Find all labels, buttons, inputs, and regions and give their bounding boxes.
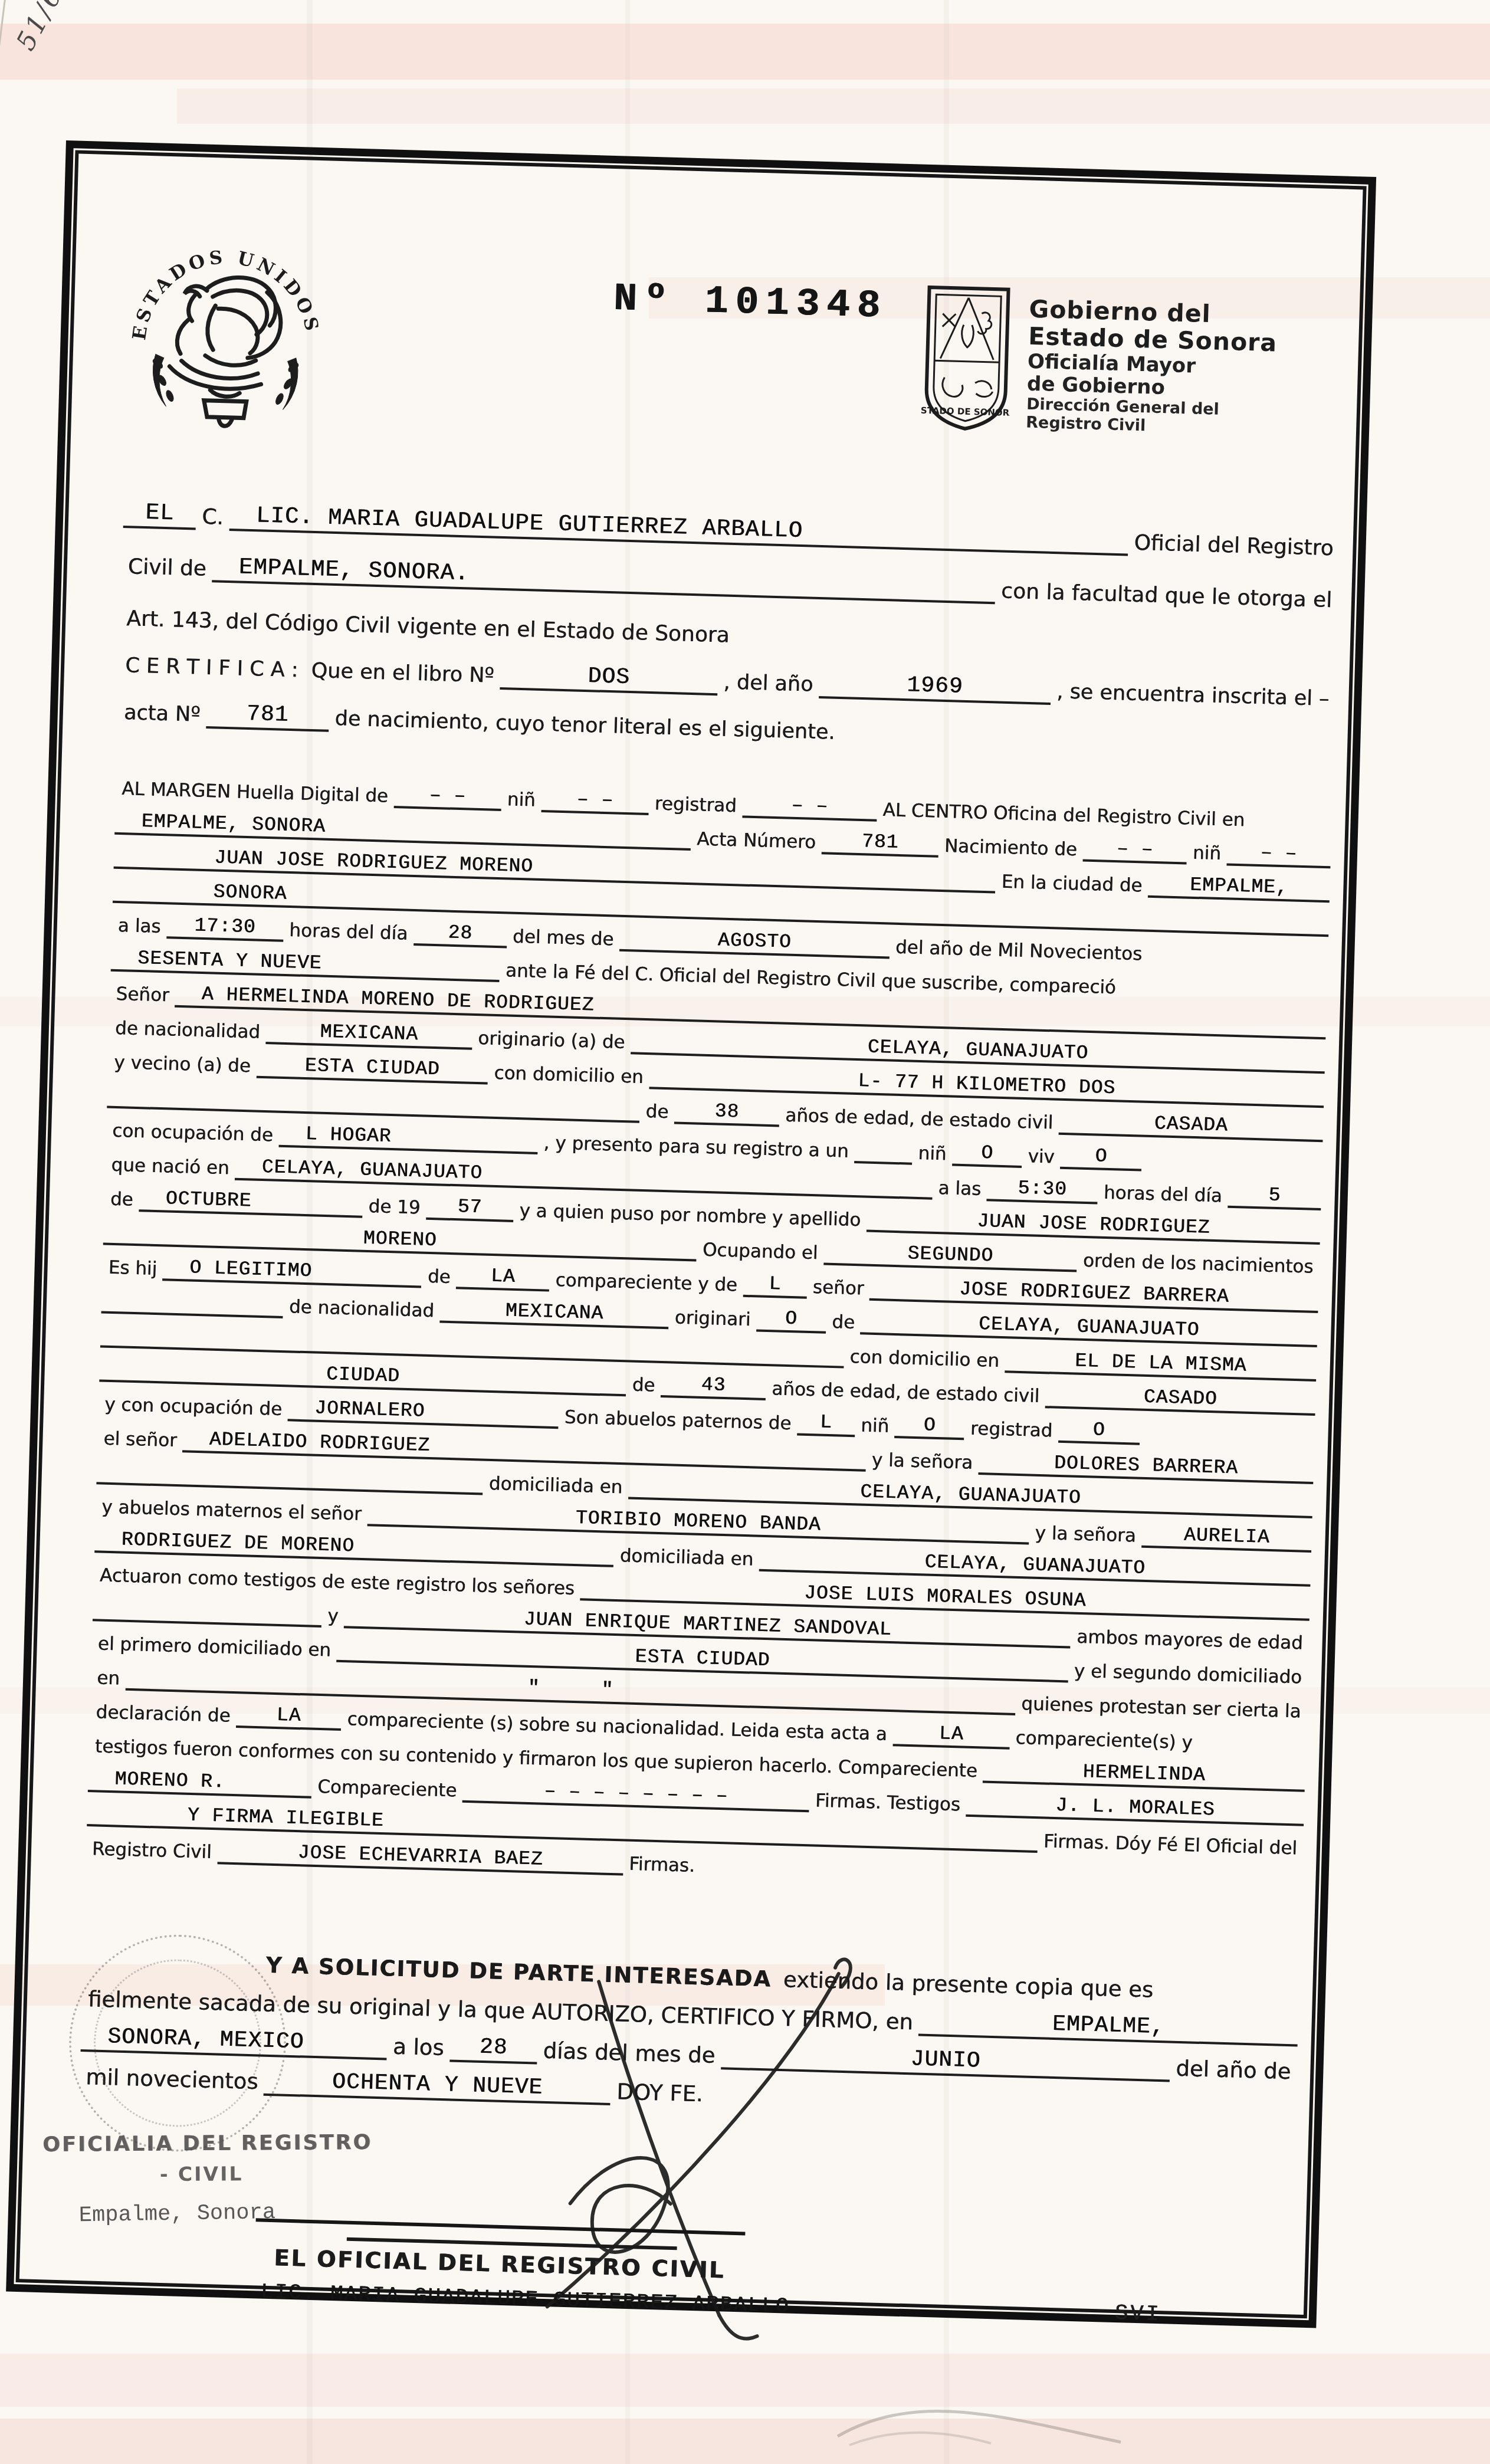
printed-text: de nacimiento, cuyo tenor literal es el …: [334, 706, 835, 746]
typed-entry: 38: [674, 1100, 780, 1127]
printed-text: el señor: [103, 1428, 177, 1452]
printed-text: en: [97, 1667, 120, 1691]
typed-entry: 43: [661, 1373, 766, 1400]
printed-text: registrad: [970, 1418, 1053, 1443]
printed-text: de: [832, 1311, 855, 1334]
typed-entry: O: [1060, 1144, 1142, 1172]
printed-text: y la señora: [871, 1449, 973, 1475]
office-stamp-line: Empalme, Sonora: [79, 2200, 276, 2228]
typed-entry: O: [756, 1307, 826, 1334]
printed-text: Compareciente: [317, 1776, 457, 1802]
printed-text: niñ: [1192, 842, 1221, 865]
printed-text: Firmas.: [629, 1853, 695, 1878]
typed-entry: – –: [1082, 837, 1187, 865]
printed-text: señor: [812, 1276, 864, 1300]
printed-text: , del año: [723, 670, 813, 698]
printed-text: del año de: [1176, 2055, 1291, 2086]
printed-text: registrad: [654, 793, 737, 818]
printed-text: a las: [117, 914, 161, 939]
blank-underline: [586, 823, 691, 851]
printed-text: En la ciudad de: [1001, 871, 1143, 897]
blank-underline: [854, 1139, 913, 1165]
typed-entry: – –: [742, 793, 877, 822]
printed-text: de: [110, 1188, 133, 1212]
typed-entry: 5: [1228, 1183, 1321, 1210]
printed-text: de 19: [368, 1195, 421, 1219]
printed-text: con ocupación de: [112, 1120, 274, 1147]
printed-text: acta Nº: [123, 700, 201, 728]
printed-text: originario (a) de: [478, 1027, 625, 1054]
printed-text: de nacionalidad: [114, 1017, 260, 1044]
printed-text: horas del día: [1103, 1182, 1222, 1208]
printed-text: niñ: [861, 1415, 890, 1438]
typed-entry: 17:30: [166, 914, 284, 941]
printed-text: Es hij: [108, 1256, 157, 1281]
typed-entry: JOSE ECHEVARRIA BAEZ: [217, 1839, 623, 1875]
office-stamp-line: OFICIALIA DEL REGISTRO: [42, 2131, 372, 2157]
printed-text: C.: [202, 504, 224, 531]
printed-text: Civil de: [127, 553, 206, 582]
shield-caption: ESTADO DE SONORA: [921, 405, 1013, 418]
certificate-content: ESTADOS UNIDOS MEXICANOS: [6, 140, 1376, 2328]
printed-text: y la señora: [1035, 1522, 1136, 1548]
blank-underline: [101, 1289, 284, 1319]
printed-text: declaración de: [96, 1701, 231, 1728]
typed-entry: L: [743, 1272, 807, 1299]
printed-text: de: [427, 1265, 451, 1289]
typed-entry: 28: [413, 921, 507, 948]
typed-entry: AURELIA: [1141, 1523, 1312, 1553]
typed-entry: LA: [892, 1721, 1010, 1749]
typed-entry: O: [895, 1413, 965, 1440]
eagle-emblem: [168, 275, 282, 428]
printed-text: con domicilio en: [849, 1346, 999, 1373]
typed-entry: O: [1058, 1418, 1140, 1445]
typed-entry: 57: [426, 1195, 514, 1222]
scanned-birth-certificate: { "margin_note": "51/69", "header": { "s…: [0, 0, 1490, 2464]
printed-text: viv: [1028, 1145, 1055, 1169]
printed-text: del mes de: [513, 926, 614, 952]
printed-text: niñ: [918, 1142, 947, 1166]
typed-entry: LA: [236, 1703, 342, 1731]
agency-titles: Gobierno del Estado de Sonora Oficialía …: [1026, 296, 1278, 439]
printed-text: domiciliada en: [619, 1544, 754, 1571]
printed-text: de: [632, 1374, 655, 1397]
footer-code: SVI: [1114, 2301, 1161, 2327]
printed-text: con domicilio en: [494, 1062, 644, 1089]
printed-text: de nacionalidad: [288, 1296, 434, 1323]
printed-text: Nacimiento de: [944, 835, 1077, 861]
printed-text: que nació en: [111, 1154, 229, 1180]
typed-entry: EL: [123, 499, 196, 530]
printed-text: y: [327, 1605, 339, 1628]
printed-text: de: [645, 1100, 669, 1124]
printed-text: domiciliada en: [488, 1472, 623, 1499]
typed-entry: 781: [206, 700, 329, 731]
acta-body-block: AL MARGEN Huella Digital de– –niñ– –regi…: [18, 765, 1359, 1895]
typed-entry: L: [797, 1411, 855, 1438]
typed-entry: LA: [456, 1264, 550, 1291]
certificate-serial-number: Nº 101348: [613, 277, 888, 329]
mexico-national-seal: ESTADOS UNIDOS MEXICANOS: [114, 218, 339, 448]
printed-text: a las: [938, 1177, 982, 1201]
printed-text: niñ: [507, 789, 536, 812]
printed-text: Señor: [116, 983, 169, 1007]
printed-text: originari: [674, 1307, 751, 1331]
typed-entry: EMPALME,: [1148, 873, 1330, 903]
printed-text: Firmas. Testigos: [815, 1790, 961, 1817]
typed-entry: O: [952, 1141, 1022, 1168]
sonora-coat-of-arms: ESTADO DE SONORA: [921, 283, 1013, 432]
printed-text: Acta Número: [697, 828, 816, 854]
typed-entry: 5:30: [987, 1176, 1098, 1204]
typed-entry: – –: [1226, 841, 1331, 868]
typed-entry: – –: [541, 788, 649, 815]
printed-text: Ocupando el: [702, 1239, 818, 1265]
printed-text: horas del día: [289, 919, 408, 945]
printed-text: Registro Civil: [92, 1838, 212, 1864]
printed-text: Oficial del Registro: [1134, 530, 1334, 562]
printed-text: y vecino (a) de: [114, 1051, 251, 1078]
office-stamp-line: - CIVIL: [160, 2162, 244, 2186]
typed-entry: 781: [821, 829, 938, 857]
typed-entry: – –: [393, 783, 501, 811]
certificate-frame: ESTADOS UNIDOS MEXICANOS: [6, 140, 1376, 2328]
